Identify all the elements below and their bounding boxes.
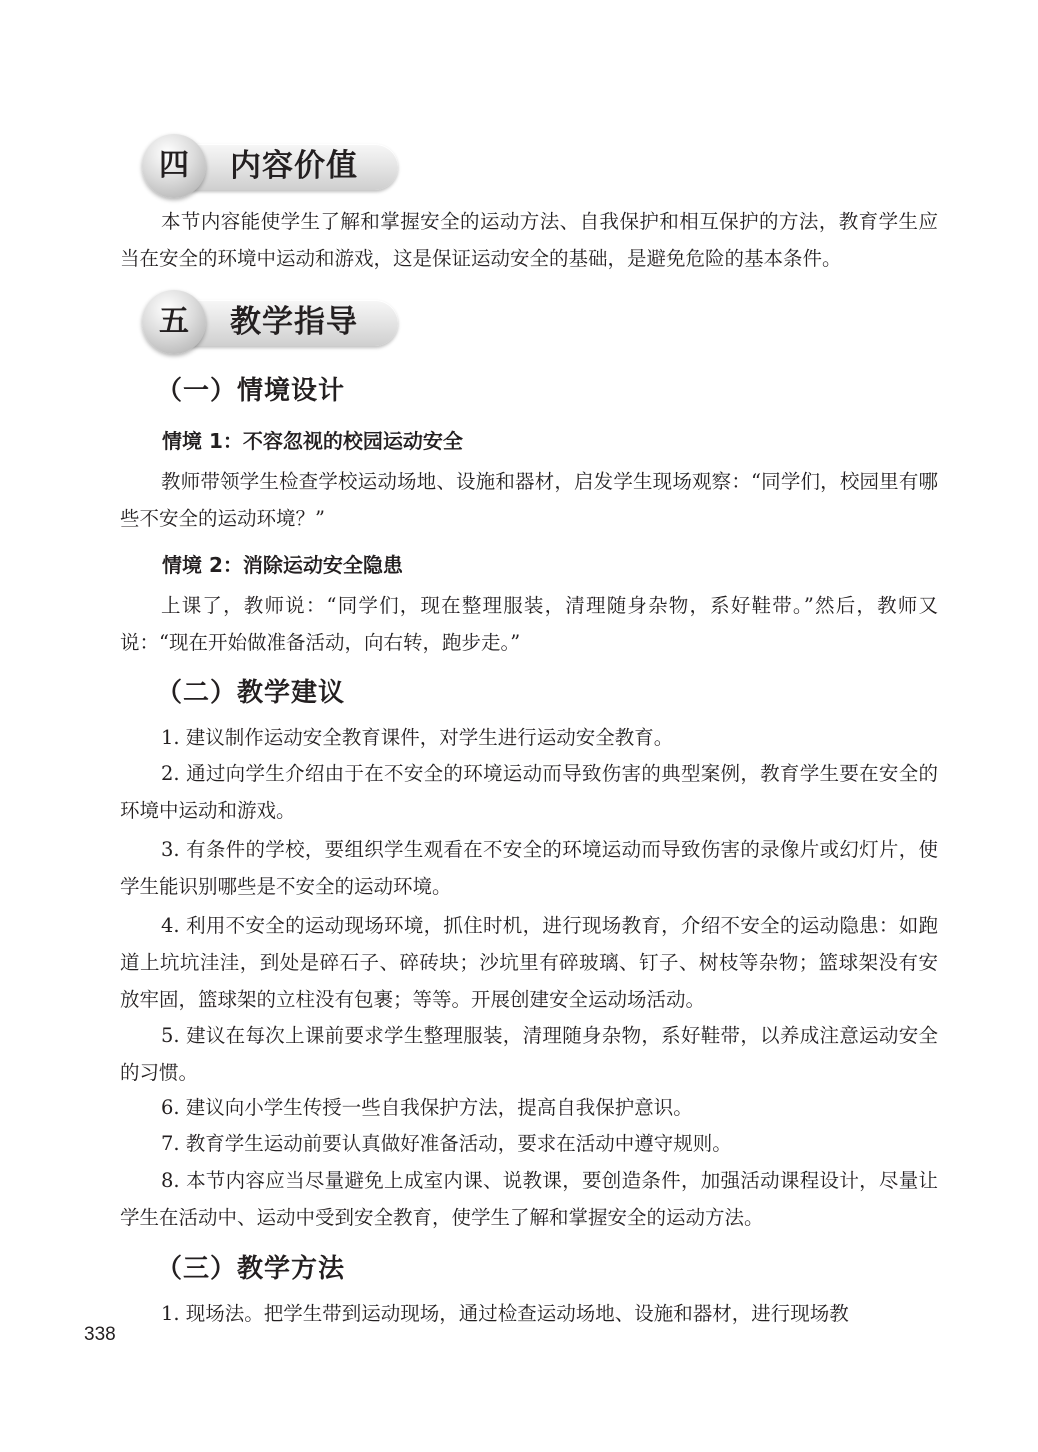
content-value-paragraph: 本节内容能使学生了解和掌握安全的运动方法、自我保护和相互保护的方法，教育学生应当… bbox=[120, 203, 938, 277]
section-badge-five: 五 教学指导 bbox=[142, 290, 398, 354]
suggestion-item: 3. 有条件的学校，要组织学生观看在不安全的环境运动而导致伤害的录像片或幻灯片，… bbox=[120, 831, 938, 905]
suggestion-item: 7. 教育学生运动前要认真做好准备活动，要求在活动中遵守规则。 bbox=[120, 1125, 938, 1162]
suggestion-item: 6. 建议向小学生传授一些自我保护方法，提高自我保护意识。 bbox=[120, 1089, 938, 1126]
scenario-1-title: 情境 1：不容忽视的校园运动安全 bbox=[162, 425, 463, 454]
subheading-teaching-methods: （三）教学方法 bbox=[156, 1248, 345, 1285]
section-number: 五 bbox=[142, 290, 206, 354]
suggestion-item: 5. 建议在每次上课前要求学生整理服装，清理随身杂物，系好鞋带，以养成注意运动安… bbox=[120, 1017, 938, 1091]
suggestion-item: 8. 本节内容应当尽量避免上成室内课、说教课，要创造条件，加强活动课程设计，尽量… bbox=[120, 1162, 938, 1236]
method-item: 1. 现场法。把学生带到运动现场，通过检查运动场地、设施和器材，进行现场教 bbox=[120, 1295, 938, 1332]
suggestion-item: 1. 建议制作运动安全教育课件，对学生进行运动安全教育。 bbox=[120, 719, 938, 756]
subheading-situation-design: （一）情境设计 bbox=[156, 370, 345, 407]
page-number: 338 bbox=[84, 1324, 116, 1346]
scenario-2-text: 上课了，教师说：“同学们，现在整理服装，清理随身杂物，系好鞋带。”然后，教师又说… bbox=[120, 587, 938, 661]
section-title: 内容价值 bbox=[230, 134, 358, 198]
suggestion-item: 4. 利用不安全的运动现场环境，抓住时机，进行现场教育，介绍不安全的运动隐患：如… bbox=[120, 907, 938, 1018]
suggestion-item: 2. 通过向学生介绍由于在不安全的环境运动而导致伤害的典型案例，教育学生要在安全… bbox=[120, 755, 938, 829]
section-title: 教学指导 bbox=[230, 290, 358, 354]
scenario-1-text: 教师带领学生检查学校运动场地、设施和器材，启发学生现场观察：“同学们，校园里有哪… bbox=[120, 463, 938, 537]
section-badge-four: 四 内容价值 bbox=[142, 134, 398, 198]
scenario-2-title: 情境 2：消除运动安全隐患 bbox=[162, 549, 403, 578]
subheading-teaching-suggestions: （二）教学建议 bbox=[156, 672, 345, 709]
section-number: 四 bbox=[142, 134, 206, 198]
